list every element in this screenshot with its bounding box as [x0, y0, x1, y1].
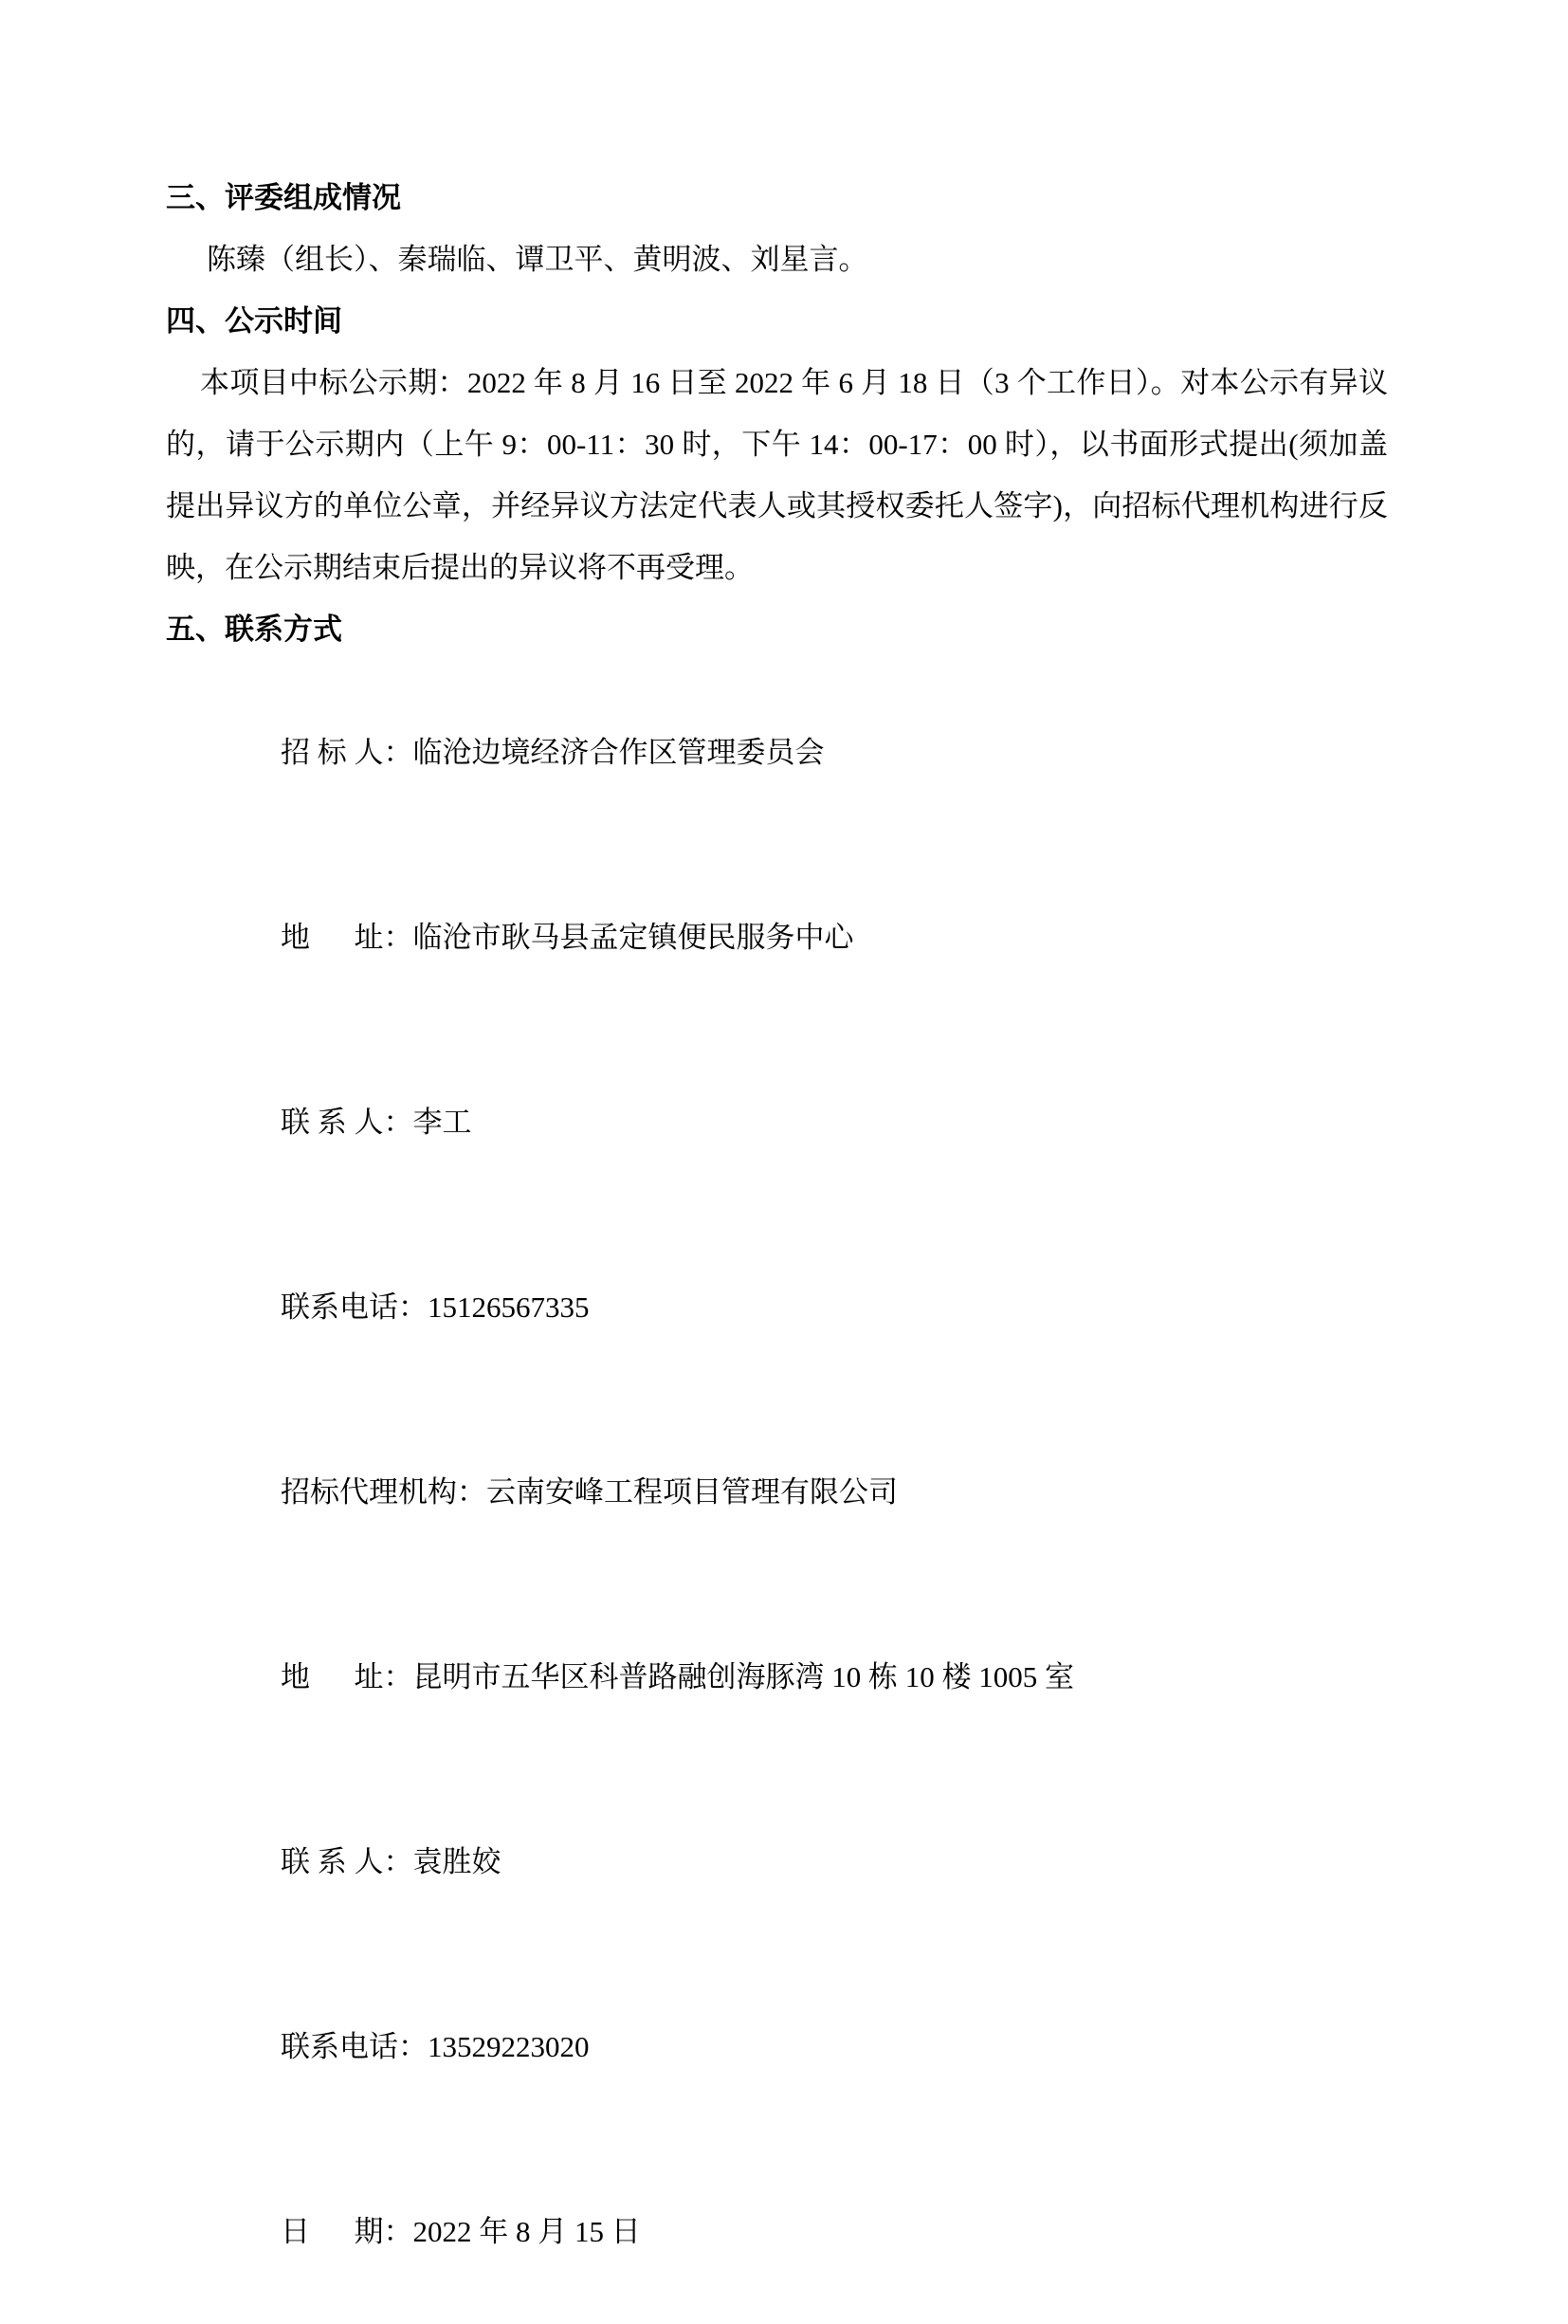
section-contact-heading: 五、联系方式 [166, 598, 1388, 660]
contact-row-agency-address: 地 址：昆明市五华区科普路融创海豚湾 10 栋 10 楼 1005 室 [166, 1584, 1388, 1769]
contact-label-tenderer-person: 联 系 人： [281, 1106, 413, 1139]
contact-label-date: 日 期： [281, 2215, 413, 2248]
contact-row-tenderer: 招 标 人：临沧边境经济合作区管理委员会 [166, 660, 1388, 845]
contact-label-agency: 招标代理机构： [281, 1475, 486, 1509]
publicity-paragraph: 本项目中标公示期：2022 年 8 月 16 日至 2022 年 6 月 18 … [166, 352, 1388, 598]
contact-value-date: 2022 年 8 月 15 日 [413, 2215, 641, 2248]
contact-row-agency: 招标代理机构：云南安峰工程项目管理有限公司 [166, 1400, 1388, 1584]
contact-label-tenderer-address: 地 址： [281, 921, 413, 954]
committee-members-line: 陈臻（组长）、秦瑞临、谭卫平、黄明波、刘星言。 [166, 229, 1388, 290]
contact-row-agency-person: 联 系 人：袁胜姣 [166, 1769, 1388, 1954]
contact-value-agency: 云南安峰工程项目管理有限公司 [486, 1475, 898, 1509]
contact-value-tenderer-phone: 15126567335 [428, 1290, 590, 1324]
section-committee-heading: 三、评委组成情况 [166, 167, 1388, 229]
contact-label-agency-address: 地 址： [281, 1660, 413, 1693]
contact-value-agency-phone: 13529223020 [428, 2030, 590, 2063]
contact-row-tenderer-person: 联 系 人：李工 [166, 1030, 1388, 1215]
contact-row-tenderer-phone: 联系电话：15126567335 [166, 1215, 1388, 1400]
contact-value-tenderer-address: 临沧市耿马县孟定镇便民服务中心 [413, 921, 854, 954]
contact-row-date: 日 期：2022 年 8 月 15 日 [166, 2139, 1388, 2324]
contact-label-tenderer: 招 标 人： [281, 736, 413, 769]
contact-row-agency-phone: 联系电话：13529223020 [166, 1954, 1388, 2139]
contact-label-tenderer-phone: 联系电话： [281, 1290, 428, 1324]
section-publicity-heading: 四、公示时间 [166, 290, 1388, 352]
contact-label-agency-person: 联 系 人： [281, 1845, 413, 1878]
document-page: 三、评委组成情况 陈臻（组长）、秦瑞临、谭卫平、黄明波、刘星言。 四、公示时间 … [0, 0, 1568, 2218]
contact-value-agency-address: 昆明市五华区科普路融创海豚湾 10 栋 10 楼 1005 室 [413, 1660, 1075, 1693]
contact-value-agency-person: 袁胜姣 [413, 1845, 501, 1878]
contact-value-tenderer: 临沧边境经济合作区管理委员会 [413, 736, 825, 769]
contact-value-tenderer-person: 李工 [413, 1106, 472, 1139]
contact-row-tenderer-address: 地 址：临沧市耿马县孟定镇便民服务中心 [166, 845, 1388, 1030]
contact-label-agency-phone: 联系电话： [281, 2030, 428, 2063]
